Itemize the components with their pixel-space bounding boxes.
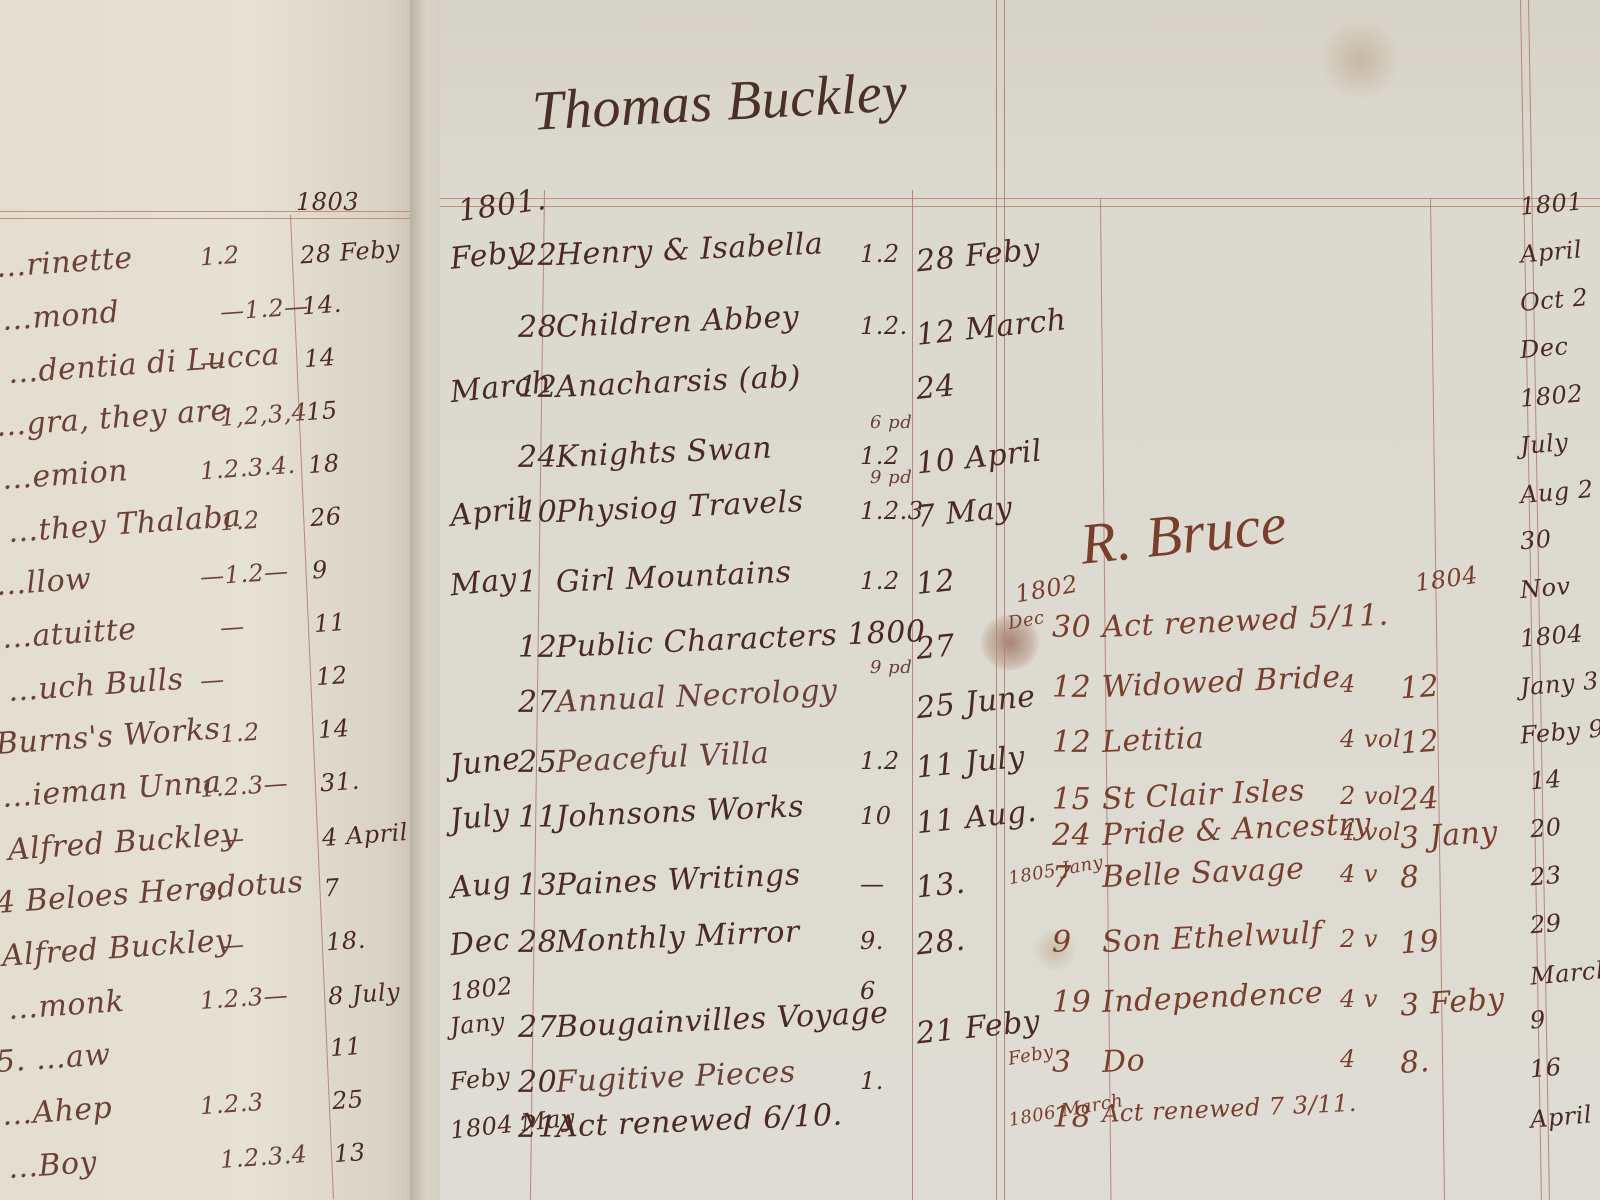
entry-day: 22 (518, 238, 557, 273)
entry-returned: 3 Feby (1399, 981, 1506, 1023)
entry-month: Jany (449, 1007, 507, 1041)
entry-returned: 25 June (914, 679, 1037, 726)
ruling-line (440, 206, 1600, 207)
entry-volumes: 1.2 (860, 442, 900, 470)
edge-date: Nov (1519, 572, 1572, 604)
entry-title: Anacharsis (ab) (555, 359, 801, 405)
entry-title: Monthly Mirror (555, 914, 800, 960)
entry-volumes: — (219, 930, 245, 960)
entry-volumes: —1.2— (199, 557, 289, 591)
entry-date: 28 Feby (299, 235, 401, 270)
entry-title: Do (1101, 1043, 1146, 1080)
entry-date: 25 (331, 1085, 364, 1115)
entry-day: 13 (518, 868, 557, 903)
entry-title: Alfred Buckley (7, 817, 240, 868)
entry-date: 11 (313, 608, 346, 638)
entry-returned: 7 May (914, 490, 1014, 535)
entry-day: 27 (518, 685, 557, 720)
entry-returned: 8. (1399, 1044, 1431, 1081)
entry-day: 25 (518, 745, 557, 780)
entry-title: …rinette (0, 240, 134, 284)
edge-date: Aug 2 (1519, 475, 1595, 509)
entry-title: Widowed Bride (1101, 660, 1341, 705)
entry-volumes: 2 v (1340, 925, 1378, 953)
entry-date: 13 (333, 1138, 366, 1168)
entry-volumes: 1.2.3.4. (199, 451, 296, 486)
entry-title: Independence (1101, 975, 1324, 1020)
entry-volumes: 4 (1340, 670, 1356, 698)
entry-day: 30 (1052, 610, 1091, 645)
entry-title: Johnsons Works (555, 789, 805, 835)
edge-date: April (1519, 235, 1583, 268)
edge-date: 20 (1529, 813, 1563, 844)
entry-returned: 11 Aug. (915, 794, 1039, 841)
entry-returned: 28. (914, 923, 967, 963)
entry-volumes: 1. (860, 1067, 884, 1095)
entry-note: 9 pd (870, 657, 912, 678)
entry-volumes: 2 vol (1340, 782, 1401, 810)
entry-month: Feby (449, 1062, 512, 1096)
entry-title: Bougainvilles Voyage (555, 996, 889, 1045)
entry-day: 24 (518, 440, 557, 475)
entry-title: Act renewed 5/11. (1101, 598, 1389, 645)
entry-volumes: —1.2— (219, 292, 309, 326)
entry-title: Girl Mountains (555, 555, 792, 600)
entry-month: Feby (448, 234, 526, 277)
entry-returned: 8 (1399, 859, 1421, 895)
entry-date: 4 April (321, 818, 409, 852)
edge-date: Jany 3 (1519, 667, 1600, 702)
entry-date: 8 July (327, 978, 401, 1011)
entry-title: …mond (1, 295, 121, 338)
entry-volumes: 1.2 (219, 506, 261, 537)
account-name: Thomas Buckley (531, 60, 909, 144)
entry-note: 9 pd (870, 467, 912, 488)
entry-returned: 28 Feby (915, 232, 1042, 280)
edge-date: 1802 (1519, 379, 1584, 412)
edge-date: 29 (1529, 909, 1563, 940)
entry-title: …monk (7, 984, 126, 1027)
second-account-name: R. Bruce (1077, 489, 1290, 577)
entry-returned: 10 April (915, 434, 1044, 482)
entry-month: Dec (448, 922, 511, 963)
entry-title: …gra, they are (0, 393, 230, 444)
entry-returned: 13. (914, 866, 967, 906)
edge-date: March 7 (1529, 953, 1600, 990)
entry-title: Annual Necrology (555, 673, 838, 720)
second-account-year-left: 1802 (1013, 570, 1080, 609)
edge-date: Dec (1519, 332, 1570, 364)
entry-day: 11 (518, 800, 557, 835)
entry-date: 18. (325, 926, 367, 957)
entry-day: 7 (1052, 860, 1072, 895)
entry-title: Son Ethelwulf (1101, 915, 1323, 960)
entry-volumes: 1.2.3.4 (219, 1140, 308, 1174)
entry-title: …dentia di Lucca (7, 337, 281, 391)
entry-title: …emion (1, 453, 129, 497)
entry-day: 12 (518, 370, 557, 405)
entry-returned: 19 (1399, 924, 1441, 962)
entry-title: …they Thalaba (7, 499, 243, 550)
edge-date: 23 (1529, 861, 1563, 892)
entry-day: 12 (1052, 725, 1091, 760)
entry-title: …Boy (7, 1145, 98, 1186)
entry-day: 10 (518, 495, 557, 530)
entry-volumes: — (199, 665, 225, 695)
entry-date: 15 (305, 396, 338, 426)
entry-date: 14 (303, 343, 336, 373)
entry-day: 12 (1052, 670, 1091, 705)
entry-day: 19 (1052, 985, 1091, 1020)
entry-date: 26 (309, 502, 342, 532)
entry-day: 28 (518, 925, 557, 960)
edge-date: July (1519, 428, 1570, 460)
entry-title: Knights Swan (555, 431, 773, 475)
entry-month: 1802 (449, 972, 515, 1006)
entry-month: May (448, 562, 518, 604)
entry-volumes: 1.2 (860, 240, 900, 268)
entry-title: Burns's Works (0, 711, 222, 762)
entry-day: 21 (518, 1110, 557, 1145)
entry-title: Physiog Travels (555, 484, 804, 530)
entry-day: 24 (1052, 818, 1091, 853)
entry-day: 27 (518, 1010, 557, 1045)
entry-date: 11 (329, 1032, 362, 1062)
entry-title: Belle Savage (1101, 851, 1305, 895)
entry-volumes: 4 vol (1340, 725, 1401, 753)
right-ledger-page: Thomas Buckley 1801. Feby22Henry & Isabe… (440, 0, 1600, 1200)
entry-volumes: 4 v (1340, 985, 1378, 1013)
entry-month: April (448, 491, 528, 534)
entry-title: Fugitive Pieces (555, 1055, 796, 1100)
entry-volumes: 1.2 (219, 718, 261, 749)
entry-title: Paines Writings (555, 857, 801, 903)
entry-volumes: 1.2.3— (199, 981, 289, 1015)
entry-month: Aug (448, 865, 513, 906)
year-header: 1803 (296, 188, 359, 216)
entry-date: 31. (319, 767, 361, 798)
entry-title: …atuitte (1, 612, 138, 656)
ruling-line (440, 198, 1600, 199)
entry-title: Peaceful Villa (555, 736, 770, 780)
year-header: 1801. (456, 182, 548, 229)
entry-day: 3 (1052, 1045, 1072, 1080)
entry-day: 18 (1052, 1100, 1091, 1135)
return-column-rule (912, 190, 913, 1200)
entry-date: 14 (317, 714, 350, 744)
entry-day: 9 (1052, 925, 1072, 960)
entry-volumes: 1.2 (860, 747, 900, 775)
entry-title: …Ahep (1, 1090, 114, 1133)
entry-title: …uch Bulls (7, 662, 185, 709)
entry-month: June (448, 741, 522, 783)
edge-date: 1801 (1519, 187, 1584, 220)
entry-title: …ieman Unna (1, 765, 223, 815)
entry-day: 12 (518, 630, 557, 665)
entry-volumes: 4 (1340, 1045, 1356, 1073)
entry-date: 9 (311, 555, 329, 584)
entry-day: 28 (518, 310, 557, 345)
entry-volumes: 4 v (1340, 860, 1378, 888)
edge-date: 1804 (1519, 619, 1584, 652)
entry-month: July (448, 797, 511, 838)
entry-title: 4 Beloes Herodotus (0, 865, 305, 921)
entry-title: Henry & Isabella (555, 226, 824, 273)
entry-month: Feby (1007, 1041, 1056, 1070)
entry-title: 5. …aw (0, 1037, 112, 1080)
entry-volumes: — (219, 612, 245, 642)
entry-returned: 24 (914, 368, 957, 407)
edge-date: 16 (1529, 1053, 1563, 1084)
entry-date: 12 (315, 661, 348, 691)
edge-date: Feby 9 (1519, 714, 1600, 749)
entry-title: Letitia (1101, 721, 1205, 760)
entry-date: 7 (323, 873, 341, 902)
entry-returned: 11 July (914, 739, 1026, 785)
entry-month: Dec (1006, 607, 1046, 634)
entry-volumes: 1.2 (199, 241, 241, 272)
entry-returned: 12 (914, 563, 957, 602)
entry-title: Alfred Buckley (1, 923, 234, 974)
entry-volumes: — (860, 870, 885, 898)
edge-date: 14 (1529, 765, 1563, 796)
entry-title: …llow (0, 561, 92, 603)
entry-note: 6 pd (870, 412, 912, 433)
entry-day: 20 (518, 1065, 557, 1100)
entry-returned: 12 (1399, 724, 1441, 762)
water-stain (1320, 20, 1400, 100)
edge-date: 30 (1519, 525, 1553, 556)
entry-volumes: 1.2. (860, 312, 908, 340)
left-ledger-page: 1803 …rinette1.228 Feby…mond—1.2—14.…den… (0, 0, 420, 1200)
entry-returned: 24 (1399, 781, 1441, 819)
entry-volumes: 1.2 (860, 567, 900, 595)
entry-volumes: 1,2,3,4 (219, 398, 308, 432)
entry-returned: 21 Feby (915, 1004, 1042, 1052)
entry-date: 14. (301, 290, 343, 321)
entry-volumes: 1.2.3 (199, 1088, 264, 1120)
entry-date: 18 (307, 449, 340, 479)
second-account-year-right: 1804 (1413, 561, 1479, 598)
entry-volumes: — (199, 347, 225, 377)
entry-returned: 12 (1399, 669, 1441, 707)
entry-volumes: 10 (860, 802, 892, 830)
edge-date: Oct 2 (1519, 283, 1589, 317)
entry-title: Act renewed 6/10. (555, 1098, 843, 1145)
entry-day: 15 (1052, 782, 1091, 817)
entry-volumes: — (219, 824, 245, 854)
entry-day: 1 (518, 565, 538, 600)
ruling-line (0, 218, 420, 219)
entry-volumes: 3. (199, 877, 225, 907)
entry-volumes: 4 vol (1340, 818, 1401, 846)
entry-returned: 12 March (915, 302, 1069, 353)
entry-volumes: 1.2.3— (199, 769, 289, 803)
entry-returned: 3 Jany (1399, 815, 1499, 857)
entry-volumes: 9. (860, 927, 884, 955)
entry-returned: 27 (914, 628, 957, 667)
entry-title: Act renewed 7 3/11. (1101, 1089, 1357, 1128)
entry-title: Children Abbey (555, 299, 800, 345)
edge-date: 9 (1529, 1005, 1547, 1034)
